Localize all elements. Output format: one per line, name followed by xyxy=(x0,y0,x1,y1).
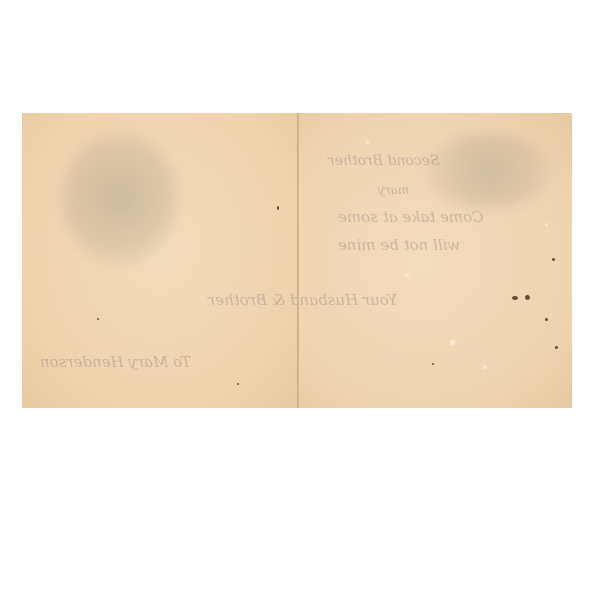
paper-spot xyxy=(483,365,487,369)
left-stain xyxy=(62,133,177,263)
bleed-text-signature: Your Husband & Brother xyxy=(208,291,397,309)
ink-speck xyxy=(525,295,530,300)
paper-spot xyxy=(450,340,455,345)
paper-spot xyxy=(545,223,548,226)
ink-speck xyxy=(512,296,518,300)
bleed-text-line-1: Second Brother xyxy=(328,153,440,169)
ink-speck xyxy=(552,258,555,261)
ink-speck xyxy=(237,383,239,385)
right-stain xyxy=(427,133,552,208)
bleed-text-line-2: mary xyxy=(378,183,409,197)
ink-speck xyxy=(432,363,434,365)
bleed-text-addressee: To Mary Henderson xyxy=(40,353,191,371)
ink-speck xyxy=(277,206,279,210)
folded-letter: To Mary Henderson Second Brother mary Co… xyxy=(22,113,572,408)
paper-spot xyxy=(366,141,369,144)
ink-speck xyxy=(555,346,558,349)
bleed-text-line-4: will not be mine xyxy=(338,236,460,254)
paper-spot xyxy=(405,273,409,277)
center-fold xyxy=(297,113,299,408)
left-page: To Mary Henderson xyxy=(22,113,298,408)
ink-speck xyxy=(97,318,99,320)
bleed-text-line-3: Come take at some xyxy=(338,208,484,226)
ink-speck xyxy=(545,318,548,321)
